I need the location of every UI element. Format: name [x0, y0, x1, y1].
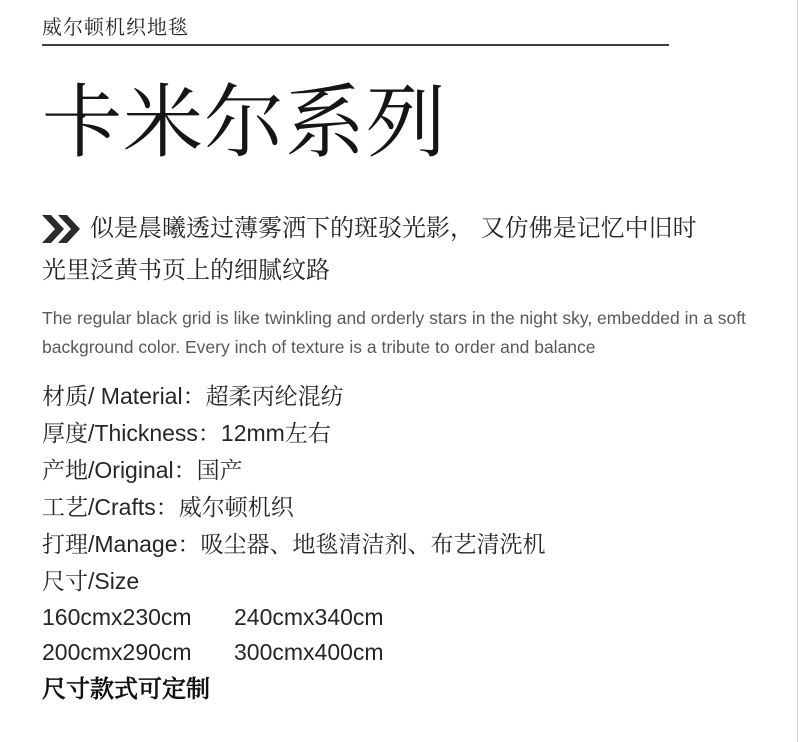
english-line-2: background color. Every inch of texture …	[42, 333, 756, 362]
spec-item-origin: 产地/Original：国产	[42, 452, 756, 489]
size-row: 200cmx290cm 300cmx400cm	[42, 635, 756, 670]
intro-paragraph: 似是晨曦透过薄雾洒下的斑驳光影， 又仿佛是记忆中旧时 光里泛黄书页上的细腻纹路	[42, 208, 756, 292]
spec-item-care: 打理/Manage：吸尘器、地毯清洁剂、布艺清洗机	[42, 526, 756, 563]
product-detail-page: 威尔顿机织地毯 卡米尔系列 似是晨曦透过薄雾洒下的斑驳光影， 又仿佛是记忆中旧时…	[0, 0, 800, 742]
size-value: 200cmx290cm	[42, 635, 234, 670]
series-title: 卡米尔系列	[42, 82, 756, 164]
header-rule	[42, 44, 669, 46]
size-value: 300cmx400cm	[234, 635, 384, 670]
size-value: 240cmx340cm	[234, 600, 384, 635]
intro-line-1: 似是晨曦透过薄雾洒下的斑驳光影， 又仿佛是记忆中旧时	[42, 208, 756, 250]
spec-item-craft: 工艺/Crafts：威尔顿机织	[42, 489, 756, 526]
double-chevron-icon	[42, 215, 80, 243]
intro-line-2: 光里泛黄书页上的细腻纹路	[42, 250, 756, 292]
size-value: 160cmx230cm	[42, 600, 234, 635]
custom-note: 尺寸款式可定制	[42, 673, 756, 707]
spec-item-thickness: 厚度/Thickness：12mm左右	[42, 415, 756, 452]
english-line-1: The regular black grid is like twinkling…	[42, 304, 756, 333]
page-content: 威尔顿机织地毯 卡米尔系列 似是晨曦透过薄雾洒下的斑驳光影， 又仿佛是记忆中旧时…	[0, 0, 800, 707]
right-edge-divider	[797, 0, 798, 742]
header-title: 威尔顿机织地毯	[42, 15, 756, 41]
spec-list: 材质/ Material：超柔丙纶混纺 厚度/Thickness：12mm左右 …	[42, 378, 756, 600]
english-description: The regular black grid is like twinkling…	[42, 304, 756, 362]
size-options: 160cmx230cm 240cmx340cm 200cmx290cm 300c…	[42, 600, 756, 670]
spec-item-material: 材质/ Material：超柔丙纶混纺	[42, 378, 756, 415]
size-row: 160cmx230cm 240cmx340cm	[42, 600, 756, 635]
page-header: 威尔顿机织地毯	[42, 15, 756, 46]
intro-line-1-text: 似是晨曦透过薄雾洒下的斑驳光影， 又仿佛是记忆中旧时	[90, 208, 697, 250]
spec-item-size-label: 尺寸/Size	[42, 563, 756, 600]
